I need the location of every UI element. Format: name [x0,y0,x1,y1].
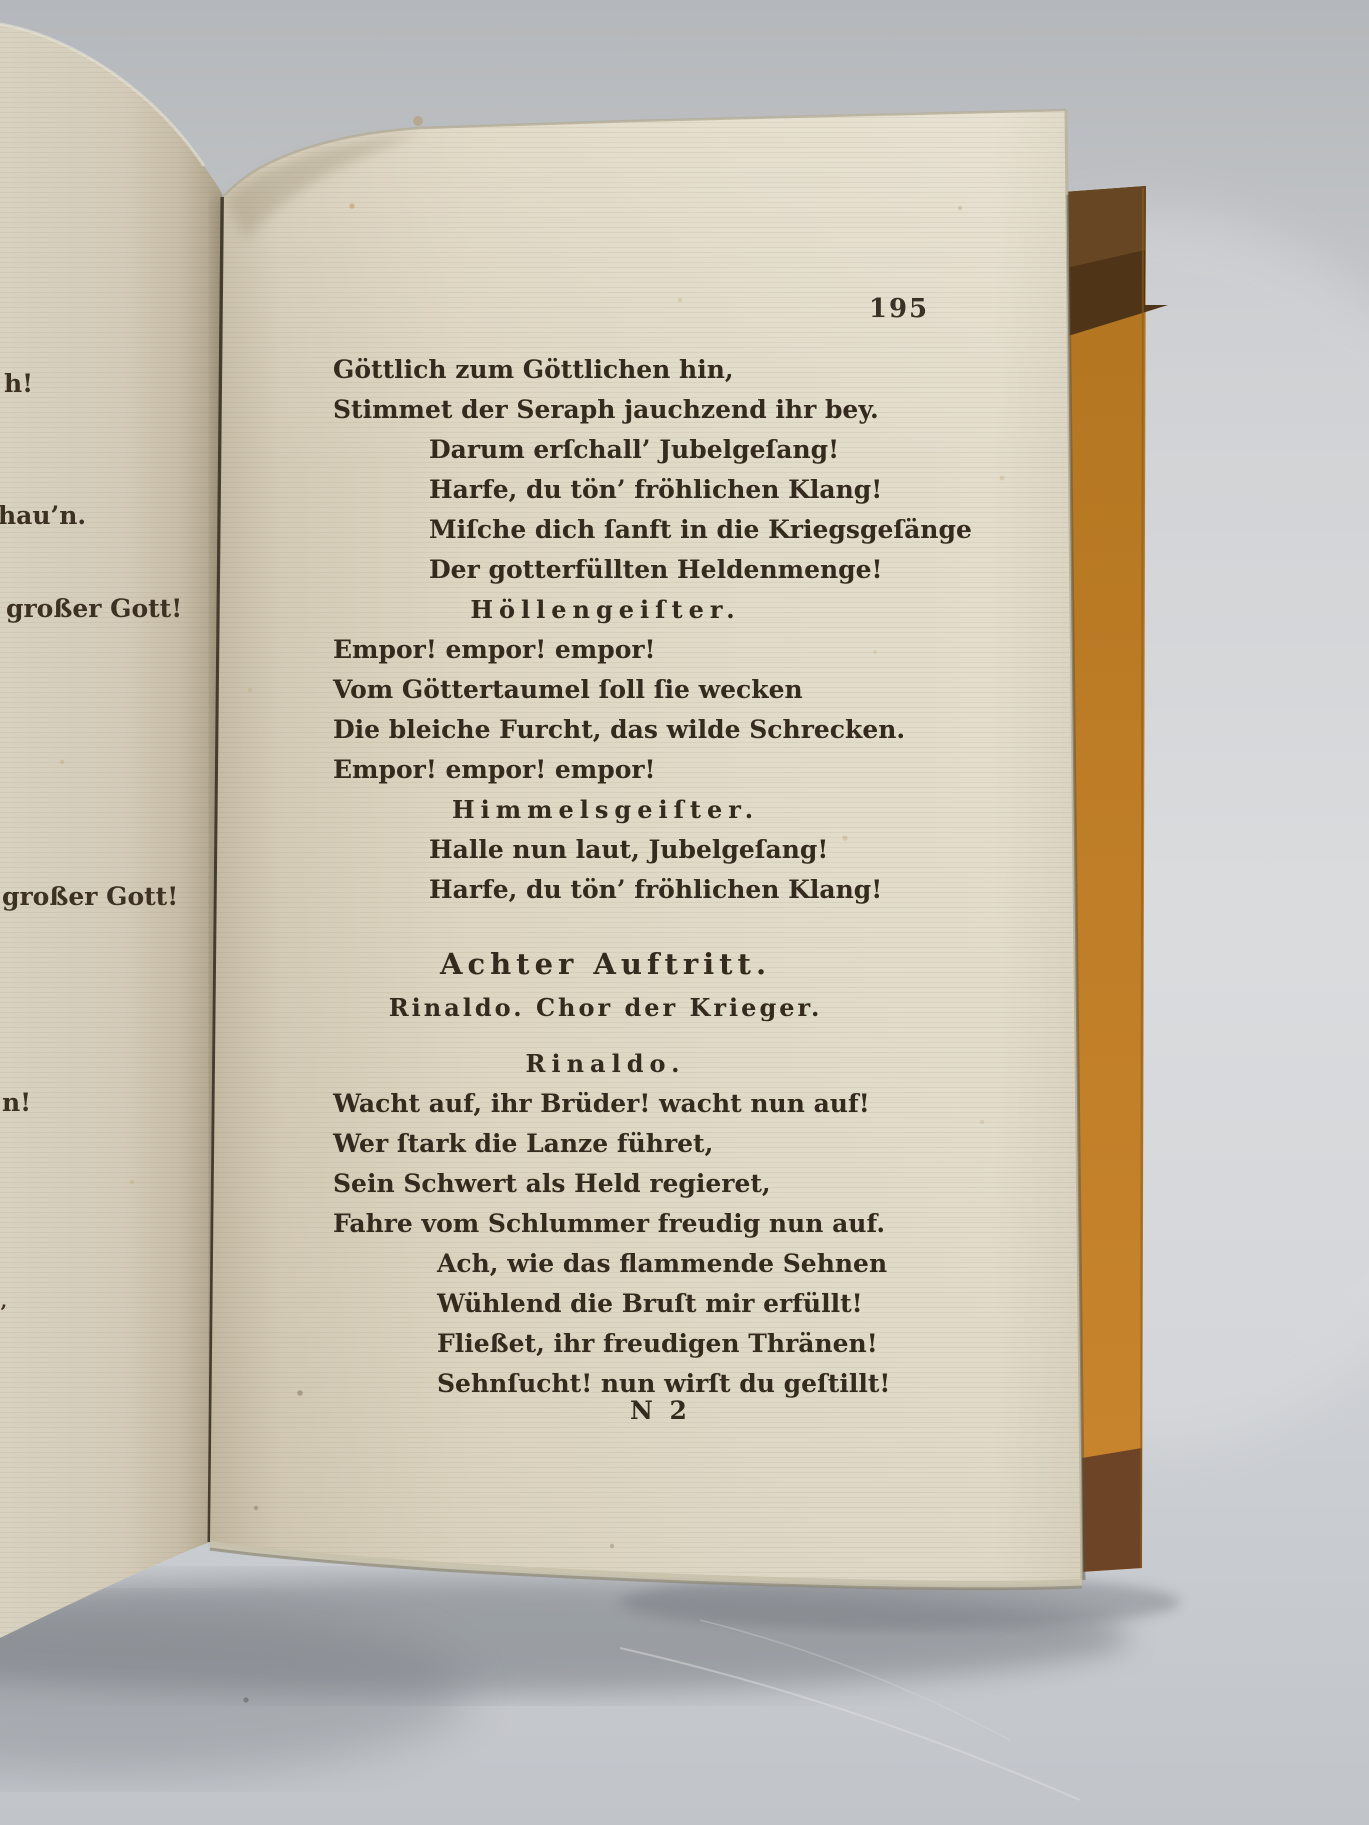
book-photograph: 195 Göttlich zum Göttlichen hin,Stimmet … [0,0,1369,1825]
photo-artwork [0,0,1369,1825]
left-page-texture [0,24,223,1638]
right-page-texture [210,110,1082,1585]
cover-corner-leather-bottom [1080,1448,1142,1572]
